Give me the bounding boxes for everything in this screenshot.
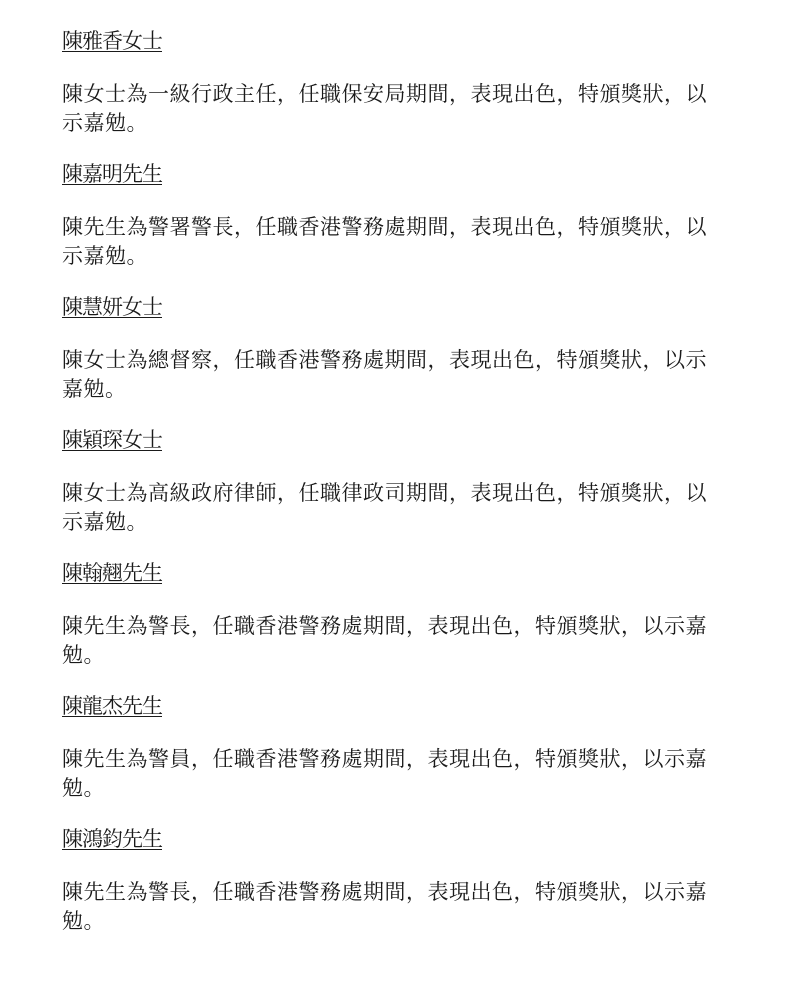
awardee-name: 陳穎琛女士	[62, 427, 162, 453]
award-citation: 陳先生為警長，任職香港警務處期間，表現出色，特頒獎狀，以示嘉勉。	[62, 878, 727, 936]
award-citation: 陳女士為高級政府律師，任職律政司期間，表現出色，特頒獎狀，以示嘉勉。	[62, 479, 727, 537]
document-page: 陳雅香女士 陳女士為一級行政主任，任職保安局期間，表現出色，特頒獎狀，以示嘉勉。…	[0, 0, 722, 936]
award-entry: 陳雅香女士 陳女士為一級行政主任，任職保安局期間，表現出色，特頒獎狀，以示嘉勉。	[62, 28, 722, 138]
awardee-name: 陳龍杰先生	[62, 693, 162, 719]
award-citation: 陳女士為一級行政主任，任職保安局期間，表現出色，特頒獎狀，以示嘉勉。	[62, 80, 727, 138]
award-entry: 陳翰翹先生 陳先生為警長，任職香港警務處期間，表現出色，特頒獎狀，以示嘉勉。	[62, 560, 722, 670]
award-entry: 陳龍杰先生 陳先生為警員，任職香港警務處期間，表現出色，特頒獎狀，以示嘉勉。	[62, 693, 722, 803]
award-citation: 陳女士為總督察，任職香港警務處期間，表現出色，特頒獎狀，以示嘉勉。	[62, 346, 727, 404]
awardee-name: 陳雅香女士	[62, 28, 162, 54]
awardee-name: 陳翰翹先生	[62, 560, 162, 586]
award-entry: 陳慧妍女士 陳女士為總督察，任職香港警務處期間，表現出色，特頒獎狀，以示嘉勉。	[62, 294, 722, 404]
award-citation: 陳先生為警署警長，任職香港警務處期間，表現出色，特頒獎狀，以示嘉勉。	[62, 213, 727, 271]
award-citation: 陳先生為警長，任職香港警務處期間，表現出色，特頒獎狀，以示嘉勉。	[62, 612, 727, 670]
award-entry: 陳穎琛女士 陳女士為高級政府律師，任職律政司期間，表現出色，特頒獎狀，以示嘉勉。	[62, 427, 722, 537]
awardee-name: 陳嘉明先生	[62, 161, 162, 187]
awardee-name: 陳慧妍女士	[62, 294, 162, 320]
award-citation: 陳先生為警員，任職香港警務處期間，表現出色，特頒獎狀，以示嘉勉。	[62, 745, 727, 803]
award-entry: 陳鴻鈞先生 陳先生為警長，任職香港警務處期間，表現出色，特頒獎狀，以示嘉勉。	[62, 826, 722, 936]
awardee-name: 陳鴻鈞先生	[62, 826, 162, 852]
award-entry: 陳嘉明先生 陳先生為警署警長，任職香港警務處期間，表現出色，特頒獎狀，以示嘉勉。	[62, 161, 722, 271]
